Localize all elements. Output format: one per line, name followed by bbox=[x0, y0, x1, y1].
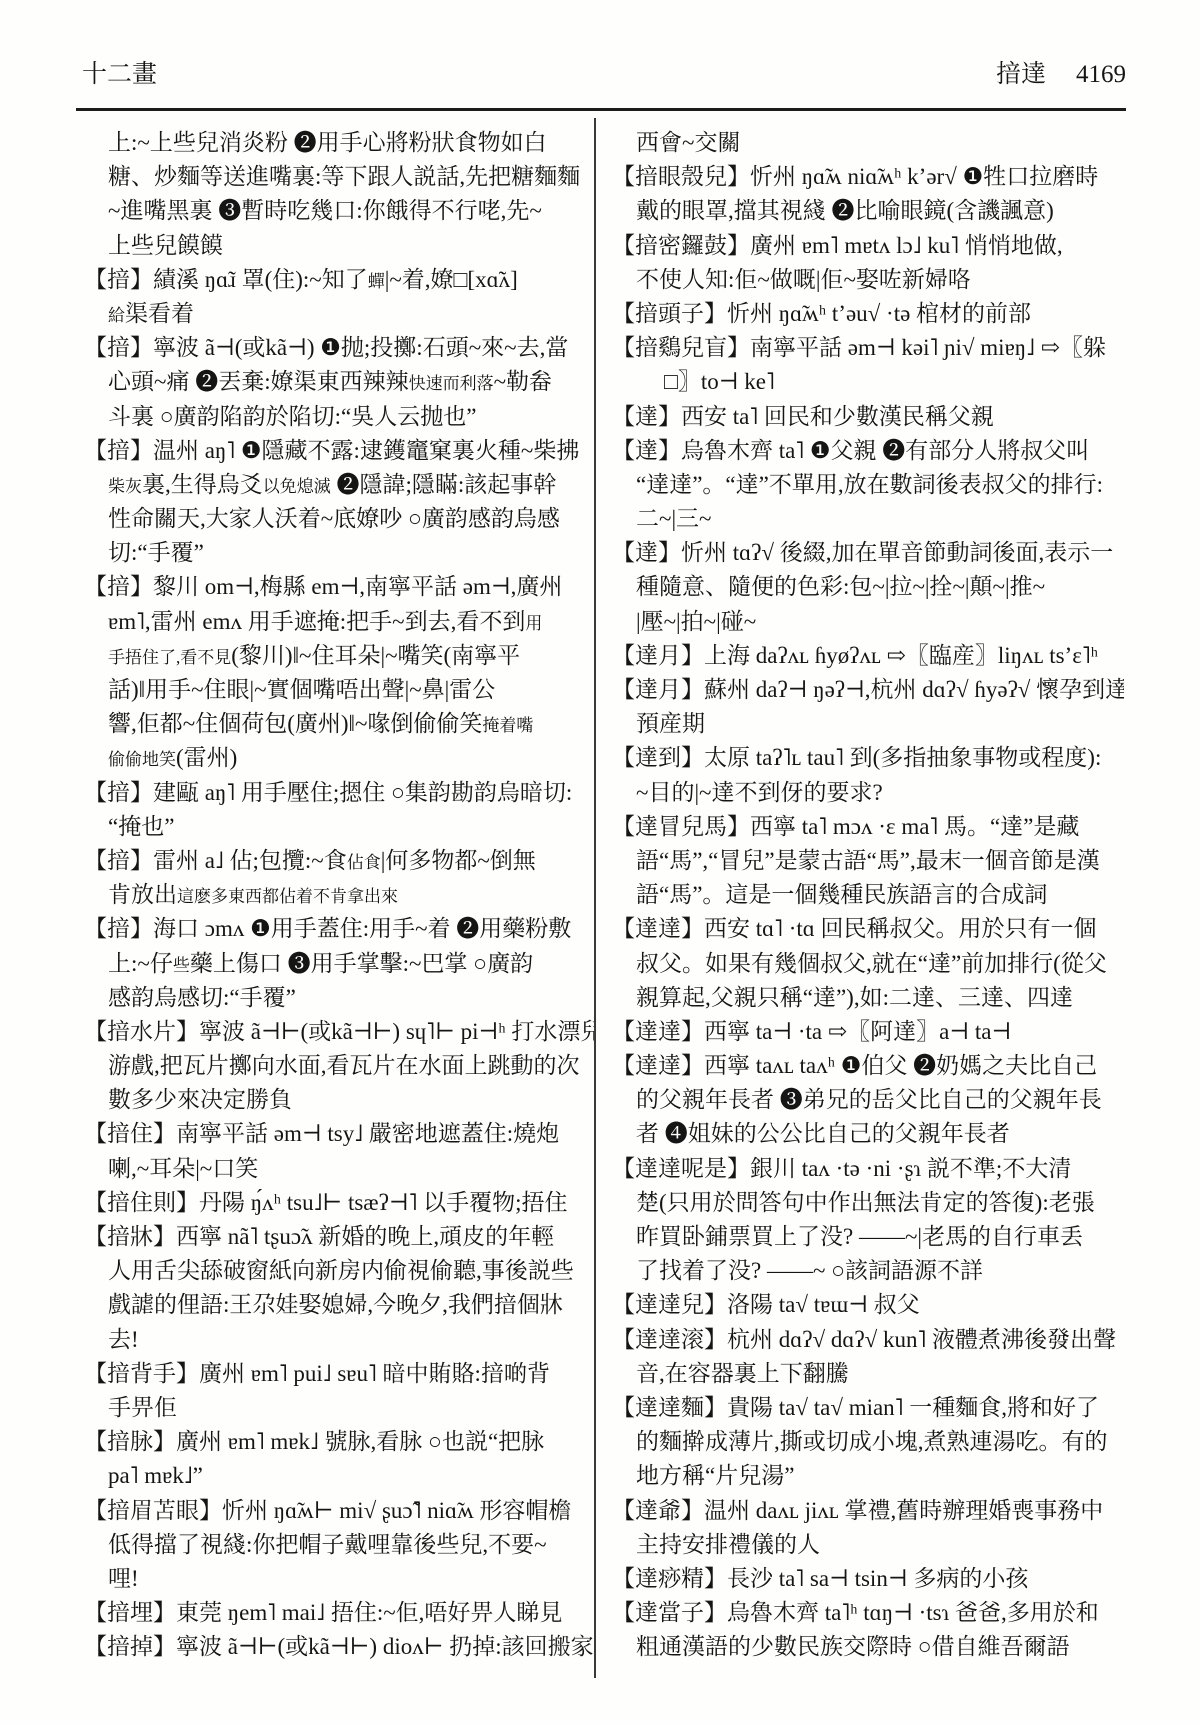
text-line: 切:“手覆” bbox=[84, 536, 596, 570]
entry-text: 的麵擀成薄片,撕或切成小塊,煮熟連湯吃。有的 bbox=[636, 1429, 1108, 1454]
entry-text: 【揞】建甌 aŋ˥ 用手壓住;摁住 ○集韵勘韵烏暗切: bbox=[84, 780, 572, 805]
gloss-small-text: 快速而利落 bbox=[409, 374, 494, 393]
left-column: 上:~上些兒消炎粉 ❷用手心將粉狀食物如白糖、炒麵等送進嘴裏:等下跟人説話,先把… bbox=[84, 126, 596, 1686]
entry-text: 【達爺】温州 daʌʟ jiʌʟ 掌禮,舊時辦理婚喪事務中 bbox=[612, 1498, 1103, 1523]
entry-text: 哩! bbox=[108, 1566, 139, 1591]
text-line: ~目的|~達不到伢的要求? bbox=[612, 776, 1124, 810]
entry-text: 【達達麵】貴陽 ta√ ta√ mian˥ 一種麵食,將和好了 bbox=[612, 1395, 1099, 1420]
entry-text: 了找着了没? ——~ ○該詞語源不詳 bbox=[636, 1258, 983, 1283]
text-line: 了找着了没? ——~ ○該詞語源不詳 bbox=[612, 1254, 1124, 1288]
right-column: 西會~交關【揞眼殼兒】忻州 ŋɑ̃ʍ niɑ̃ʍʰ kʼər√ ❶牲口拉磨時戴的… bbox=[612, 126, 1124, 1686]
entry-text: 【揞密鑼鼓】廣州 ɐm˥ mɐtʌ lɔ˩ ku˥ 悄悄地做, bbox=[612, 233, 1063, 258]
entry-text: 話)‖用手~住眼|~實個嘴唔出聲|~鼻|雷公 bbox=[108, 677, 495, 702]
text-line: pa˥ mɐk˩” bbox=[84, 1459, 596, 1493]
text-line: 不使人知:佢~做嘅|佢~娶咗新婦咯 bbox=[612, 263, 1124, 297]
entry-text: 【達】忻州 tɑʔ√ 後綴,加在單音節動詞後面,表示一 bbox=[612, 540, 1113, 565]
gloss-small-text: 些 bbox=[173, 956, 190, 975]
dictionary-page: 十二畫 揞達 4169 上:~上些兒消炎粉 ❷用手心將粉狀食物如白糖、炒麵等送進… bbox=[0, 0, 1200, 1724]
text-line: 低得擋了視綫:你把帽子戴哩靠後些兒,不要~ bbox=[84, 1528, 596, 1562]
text-line: 去! bbox=[84, 1323, 596, 1357]
text-line: 上:~上些兒消炎粉 ❷用手心將粉狀食物如白 bbox=[84, 126, 596, 160]
text-line: 【達達】西寧 taʌʟ taʌʰ ❶伯父 ❷奶媽之夫比自己 bbox=[612, 1049, 1124, 1083]
text-line: 【揞】雷州 a˩ 佔;包攬:~食佔食|何多物都~倒無 bbox=[84, 844, 596, 878]
entry-text: 親算起,父親只稱“達”),如:二達、三達、四達 bbox=[636, 985, 1073, 1010]
text-line: 喇,~耳朵|~口笑 bbox=[84, 1152, 596, 1186]
entry-text: ~進嘴黑裏 ❸暫時吃幾口:你餓得不行咾,先~ bbox=[108, 198, 542, 223]
entry-text: 斗裏 ○廣韵陷韵於陷切:“吳人云抛也” bbox=[108, 404, 476, 429]
text-line: 昨買卧鋪票買上了没? ——~|老馬的自行車丢 bbox=[612, 1220, 1124, 1254]
entry-text: 【達】烏魯木齊 ta˥ ❶父親 ❷有部分人將叔父叫 bbox=[612, 438, 1089, 463]
entry-text: 叔父。如果有幾個叔父,就在“達”前加排行(從父 bbox=[636, 951, 1107, 976]
entry-text: 低得擋了視綫:你把帽子戴哩靠後些兒,不要~ bbox=[108, 1532, 547, 1557]
entry-text: (雷州) bbox=[176, 745, 237, 770]
text-line: 【達月】蘇州 daʔ⊣ ŋəʔ⊣,杭州 dɑʔ√ ɦyəʔ√ 懷孕到達 bbox=[612, 673, 1124, 707]
entry-text: |~着,嫽□[xɑ̃ʌ] bbox=[385, 267, 518, 292]
entry-text: 【揞】雷州 a˩ 佔;包攬:~食 bbox=[84, 848, 347, 873]
text-line: 【揞】建甌 aŋ˥ 用手壓住;摁住 ○集韵勘韵烏暗切: bbox=[84, 776, 596, 810]
entry-text: 西會~交關 bbox=[636, 130, 740, 155]
entry-text: |何多物都~倒無 bbox=[381, 848, 536, 873]
text-line: 人用舌尖舔破窗紙向新房内偷視偷聽,事後説些 bbox=[84, 1254, 596, 1288]
text-line: 【達】烏魯木齊 ta˥ ❶父親 ❷有部分人將叔父叫 bbox=[612, 434, 1124, 468]
entry-text: 粗通漢語的少數民族交際時 ○借自維吾爾語 bbox=[636, 1634, 1070, 1659]
entry-text: 預産期 bbox=[636, 711, 705, 736]
text-line: “達達”。“達”不單用,放在數詞後表叔父的排行: bbox=[612, 468, 1124, 502]
column-divider bbox=[594, 118, 596, 1678]
entry-text: 【揞埋】東莞 ŋem˥ mai˩ 捂住:~佢,唔好畀人睇見 bbox=[84, 1600, 562, 1625]
text-line: 【揞掉】寧波 ã⊣⊢(或kã⊣⊢) dioʌ⊢ 扔掉:該回搬家東 bbox=[84, 1630, 596, 1664]
gloss-small-text: 掩着嘴 bbox=[482, 716, 533, 735]
entry-text: 【揞】黎川 om⊣,梅縣 em⊣,南寧平話 əm⊣,廣州 bbox=[84, 574, 562, 599]
text-line: 語“馬”,“冒兒”是蒙古語“馬”,最末一個音節是漢 bbox=[612, 844, 1124, 878]
text-line: 【揞住則】丹陽 ŋ́ʌʰ tsu˩⊢ tsæʔ⊣˥ 以手覆物;捂住 bbox=[84, 1186, 596, 1220]
entry-text: 主持安排禮儀的人 bbox=[636, 1532, 820, 1557]
gloss-small-text: 手捂住了,看不見 bbox=[108, 648, 231, 667]
entry-text: 去! bbox=[108, 1327, 139, 1352]
text-line: 【揞】績溪 ŋɑ̃ɹ 罩(住):~知了蟬|~着,嫽□[xɑ̃ʌ] bbox=[84, 263, 596, 297]
entry-text: 響,佢都~住個荷包(廣州)‖~喙倒偷偷笑 bbox=[108, 711, 482, 736]
entry-text: ~勒畚 bbox=[494, 369, 552, 394]
text-line: 手畀佢 bbox=[84, 1391, 596, 1425]
text-line: 者 ❹姐妹的公公比自己的父親年長者 bbox=[612, 1117, 1124, 1151]
entry-text: 音,在容器裏上下翻騰 bbox=[636, 1361, 849, 1386]
entry-text: 二~|三~ bbox=[636, 506, 712, 531]
text-line: 【揞】黎川 om⊣,梅縣 em⊣,南寧平話 əm⊣,廣州 bbox=[84, 570, 596, 604]
entry-text: 【揞脉】廣州 ɐm˥ mɐk˩ 號脉,看脉 ○也説“把脉 bbox=[84, 1429, 544, 1454]
entry-text: 肯放出 bbox=[108, 882, 177, 907]
text-line: 的麵擀成薄片,撕或切成小塊,煮熟連湯吃。有的 bbox=[612, 1425, 1124, 1459]
text-line: 【達冒兒馬】西寧 ta˥ mɔʌ ·ɛ ma˥ 馬。“達”是藏 bbox=[612, 810, 1124, 844]
entry-text: 【揞水片】寧波 ã⊣⊢(或kã⊣⊢) sɥ˥⊢ pi⊣ʰ 打水漂兒 bbox=[84, 1019, 596, 1044]
text-line: 【達達】西安 tɑ˥ ·tɑ 回民稱叔父。用於只有一個 bbox=[612, 912, 1124, 946]
text-line: 預産期 bbox=[612, 707, 1124, 741]
radical-stroke-heading: 十二畫 bbox=[82, 60, 157, 90]
entry-text: 【達冒兒馬】西寧 ta˥ mɔʌ ·ɛ ma˥ 馬。“達”是藏 bbox=[612, 814, 1079, 839]
text-line: 【揞脉】廣州 ɐm˥ mɐk˩ 號脉,看脉 ○也説“把脉 bbox=[84, 1425, 596, 1459]
text-line: 【達達麵】貴陽 ta√ ta√ mian˥ 一種麵食,將和好了 bbox=[612, 1391, 1124, 1425]
entry-text: ɐm˥,雷州 emʌ 用手遮掩:把手~到去,看不到 bbox=[108, 609, 525, 634]
entry-text: 【揞掉】寧波 ã⊣⊢(或kã⊣⊢) dioʌ⊢ 扔掉:該回搬家東 bbox=[84, 1634, 596, 1659]
entry-text: 渠看着 bbox=[125, 301, 194, 326]
entry-text: 上:~上些兒消炎粉 ❷用手心將粉狀食物如白 bbox=[108, 130, 547, 155]
text-line: 【達當子】烏魯木齊 ta˥ʰ tɑŋ⊣ ·tsɿ 爸爸,多用於和 bbox=[612, 1596, 1124, 1630]
text-line: □〗to⊣ ke˥ bbox=[612, 365, 1124, 399]
entry-text: 【達當子】烏魯木齊 ta˥ʰ tɑŋ⊣ ·tsɿ 爸爸,多用於和 bbox=[612, 1600, 1099, 1625]
entry-text: 數多少來决定勝負 bbox=[108, 1087, 292, 1112]
text-line: 【揞背手】廣州 ɐm˥ pui˩ sɐu˥ 暗中賄賂:揞啲背 bbox=[84, 1357, 596, 1391]
text-line: 叔父。如果有幾個叔父,就在“達”前加排行(從父 bbox=[612, 947, 1124, 981]
text-line: “掩也” bbox=[84, 810, 596, 844]
entry-text: 地方稱“片兒湯” bbox=[636, 1463, 794, 1488]
text-line: 【達】忻州 tɑʔ√ 後綴,加在單音節動詞後面,表示一 bbox=[612, 536, 1124, 570]
gloss-small-text: 以免熄滅 bbox=[263, 477, 331, 496]
text-line: 話)‖用手~住眼|~實個嘴唔出聲|~鼻|雷公 bbox=[84, 673, 596, 707]
text-line: 【達達滚】杭州 dɑʔ√ dɑʔ√ kun˥ 液體煮沸後發出聲 bbox=[612, 1323, 1124, 1357]
entry-text: pa˥ mɐk˩” bbox=[108, 1463, 203, 1488]
text-line: 【揞住】南寧平話 əm⊣ tsy˩ 嚴密地遮蓋住:燒炮 bbox=[84, 1117, 596, 1151]
entry-text: 【揞頭子】忻州 ŋɑ̃ʍʰ tʼəu√ ·tə 棺材的前部 bbox=[612, 301, 1031, 326]
text-line: 給渠看着 bbox=[84, 297, 596, 331]
entry-text: □〗to⊣ ke˥ bbox=[664, 369, 775, 394]
entry-text: 戲謔的俚語:王尕娃娶媳婦,今晚夕,我們揞個牀 bbox=[108, 1292, 563, 1317]
text-line: 【達痧精】長沙 ta˥ sa⊣ tsin⊣ 多病的小孩 bbox=[612, 1562, 1124, 1596]
text-line: 粗通漢語的少數民族交際時 ○借自維吾爾語 bbox=[612, 1630, 1124, 1664]
gloss-small-text: 用 bbox=[525, 614, 542, 633]
entry-text: 【揞】温州 aŋ˥ ❶隱藏不露:逮鑊竈窠裏火種~柴拂 bbox=[84, 438, 579, 463]
entry-text: 【達達】西安 tɑ˥ ·tɑ 回民稱叔父。用於只有一個 bbox=[612, 916, 1097, 941]
text-line: 【達月】上海 daʔʌʟ ɦyøʔʌʟ ⇨〖臨産〗liŋʌʟ tsʼɛ˥ʰ bbox=[612, 639, 1124, 673]
entry-text: 【達達兒】洛陽 ta√ tɐɯ⊣ 叔父 bbox=[612, 1292, 920, 1317]
entry-text: 【達達滚】杭州 dɑʔ√ dɑʔ√ kun˥ 液體煮沸後發出聲 bbox=[612, 1327, 1116, 1352]
entry-text: 【達達】西寧 taʌʟ taʌʰ ❶伯父 ❷奶媽之夫比自己 bbox=[612, 1053, 1097, 1078]
text-line: ~進嘴黑裏 ❸暫時吃幾口:你餓得不行咾,先~ bbox=[84, 194, 596, 228]
entry-text: 上:~仔 bbox=[108, 951, 173, 976]
text-line: 【揞水片】寧波 ã⊣⊢(或kã⊣⊢) sɥ˥⊢ pi⊣ʰ 打水漂兒 bbox=[84, 1015, 596, 1049]
text-line: ɐm˥,雷州 emʌ 用手遮掩:把手~到去,看不到用 bbox=[84, 605, 596, 639]
text-line: 【達】西安 ta˥ 回民和少數漢民稱父親 bbox=[612, 400, 1124, 434]
entry-text: 的父親年長者 ❸弟兄的岳父比自己的父親年長 bbox=[636, 1087, 1102, 1112]
text-line: 【揞頭子】忻州 ŋɑ̃ʍʰ tʼəu√ ·tə 棺材的前部 bbox=[612, 297, 1124, 331]
entry-text: 感韵烏感切:“手覆” bbox=[108, 985, 296, 1010]
entry-text: 種隨意、隨便的色彩:包~|拉~|拴~|顛~|推~ bbox=[636, 574, 1045, 599]
gloss-small-text: 偷偷地笑 bbox=[108, 750, 176, 769]
header-rule bbox=[76, 108, 1126, 111]
entry-text: 【揞住】南寧平話 əm⊣ tsy˩ 嚴密地遮蓋住:燒炮 bbox=[84, 1121, 559, 1146]
text-line: 二~|三~ bbox=[612, 502, 1124, 536]
page-header: 十二畫 揞達 4169 bbox=[82, 60, 1126, 90]
text-line: 游戲,把瓦片擲向水面,看瓦片在水面上跳動的次 bbox=[84, 1049, 596, 1083]
entry-text: 性命關天,大家人沃着~底嫽吵 ○廣韵感韵烏感 bbox=[108, 506, 560, 531]
entry-text: |壓~|拍~|碰~ bbox=[636, 609, 756, 634]
text-line: 【揞鷄兒盲】南寧平話 əm⊣ kəi˥ ɲi√ miɐŋ˩ ⇨〖躲 bbox=[612, 331, 1124, 365]
entry-text: 不使人知:佢~做嘅|佢~娶咗新婦咯 bbox=[636, 267, 971, 292]
entry-text: 【達到】太原 taʔ˥ʟ tau˥ 到(多指抽象事物或程度): bbox=[612, 745, 1101, 770]
entry-text: 糖、炒麵等送進嘴裏:等下跟人説話,先把糖麵麵 bbox=[108, 164, 580, 189]
text-line: 肯放出這麽多東西都佔着不肯拿出來 bbox=[84, 878, 596, 912]
text-line: 性命關天,大家人沃着~底嫽吵 ○廣韵感韵烏感 bbox=[84, 502, 596, 536]
text-line: 糖、炒麵等送進嘴裏:等下跟人説話,先把糖麵麵 bbox=[84, 160, 596, 194]
text-line: 【揞埋】東莞 ŋem˥ mai˩ 捂住:~佢,唔好畀人睇見 bbox=[84, 1596, 596, 1630]
gloss-small-text: 蟬 bbox=[368, 272, 385, 291]
gloss-small-text: 佔食 bbox=[347, 853, 381, 872]
text-line: 主持安排禮儀的人 bbox=[612, 1528, 1124, 1562]
text-line: 【揞牀】西寧 nã˥ tʂuɔ̃ʌ 新婚的晚上,頑皮的年輕 bbox=[84, 1220, 596, 1254]
text-line: 【達到】太原 taʔ˥ʟ tau˥ 到(多指抽象事物或程度): bbox=[612, 741, 1124, 775]
entry-text: 語“馬”。這是一個幾種民族語言的合成詞 bbox=[636, 882, 1047, 907]
text-line: 斗裏 ○廣韵陷韵於陷切:“吳人云抛也” bbox=[84, 400, 596, 434]
guide-words: 揞達 bbox=[996, 60, 1046, 90]
entry-text: 【揞眉苫眼】忻州 ŋɑ̃ʍ⊢ mi√ ʂuɔ̃˥ niɑ̃ʍ 形容帽檐 bbox=[84, 1498, 571, 1523]
text-line: 【揞】温州 aŋ˥ ❶隱藏不露:逮鑊竈窠裏火種~柴拂 bbox=[84, 434, 596, 468]
entry-text: 者 ❹姐妹的公公比自己的父親年長者 bbox=[636, 1121, 1010, 1146]
text-line: 【揞密鑼鼓】廣州 ɐm˥ mɐtʌ lɔ˩ ku˥ 悄悄地做, bbox=[612, 229, 1124, 263]
entry-text: “達達”。“達”不單用,放在數詞後表叔父的排行: bbox=[636, 472, 1103, 497]
entry-text: 【揞住則】丹陽 ŋ́ʌʰ tsu˩⊢ tsæʔ⊣˥ 以手覆物;捂住 bbox=[84, 1190, 568, 1215]
entry-text: ~目的|~達不到伢的要求? bbox=[636, 780, 883, 805]
header-right: 揞達 4169 bbox=[996, 60, 1126, 90]
entry-text: “掩也” bbox=[108, 814, 174, 839]
text-line: 心頭~痛 ❷丟棄:嫽渠東西辣辣快速而利落~勒畚 bbox=[84, 365, 596, 399]
text-line: 【達達】西寧 ta⊣ ·ta ⇨〖阿達〗a⊣ ta⊣ bbox=[612, 1015, 1124, 1049]
text-line: 種隨意、隨便的色彩:包~|拉~|拴~|顛~|推~ bbox=[612, 570, 1124, 604]
entry-text: 楚(只用於問答句中作出無法肯定的答復):老張 bbox=[636, 1190, 1095, 1215]
text-line: 語“馬”。這是一個幾種民族語言的合成詞 bbox=[612, 878, 1124, 912]
text-line: 【揞】寧波 ã⊣(或kã⊣) ❶抛;投擲:石頭~來~去,當 bbox=[84, 331, 596, 365]
entry-text: 人用舌尖舔破窗紙向新房内偷視偷聽,事後説些 bbox=[108, 1258, 574, 1283]
text-line: 楚(只用於問答句中作出無法肯定的答復):老張 bbox=[612, 1186, 1124, 1220]
entry-text: (黎川)‖~住耳朵|~嘴笑(南寧平 bbox=[231, 643, 520, 668]
text-line: 【達達呢是】銀川 taʌ ·tə ·ni ·ʂɿ 説不準;不大清 bbox=[612, 1152, 1124, 1186]
entry-text: 戴的眼罩,擋其視綫 ❷比喻眼鏡(含譏諷意) bbox=[636, 198, 1054, 223]
entry-text: 【揞鷄兒盲】南寧平話 əm⊣ kəi˥ ɲi√ miɐŋ˩ ⇨〖躲 bbox=[612, 335, 1106, 360]
entry-text: 【達月】上海 daʔʌʟ ɦyøʔʌʟ ⇨〖臨産〗liŋʌʟ tsʼɛ˥ʰ bbox=[612, 643, 1098, 668]
entry-text: 切:“手覆” bbox=[108, 540, 204, 565]
text-line: 上:~仔些藥上傷口 ❸用手掌擊:~巴掌 ○廣韵 bbox=[84, 947, 596, 981]
text-line: 感韵烏感切:“手覆” bbox=[84, 981, 596, 1015]
gloss-small-text: 柴灰 bbox=[108, 477, 142, 496]
text-line: 親算起,父親只稱“達”),如:二達、三達、四達 bbox=[612, 981, 1124, 1015]
entry-text: 手畀佢 bbox=[108, 1395, 177, 1420]
entry-text: 【達達呢是】銀川 taʌ ·tə ·ni ·ʂɿ 説不準;不大清 bbox=[612, 1156, 1071, 1181]
text-line: 【揞眉苫眼】忻州 ŋɑ̃ʍ⊢ mi√ ʂuɔ̃˥ niɑ̃ʍ 形容帽檐 bbox=[84, 1494, 596, 1528]
text-line: 數多少來决定勝負 bbox=[84, 1083, 596, 1117]
text-line: 【達達兒】洛陽 ta√ tɐɯ⊣ 叔父 bbox=[612, 1288, 1124, 1322]
text-line: 偷偷地笑(雷州) bbox=[84, 741, 596, 775]
text-line: 的父親年長者 ❸弟兄的岳父比自己的父親年長 bbox=[612, 1083, 1124, 1117]
entry-text: 【揞】海口 ɔmʌ ❶用手蓋住:用手~着 ❷用藥粉敷 bbox=[84, 916, 571, 941]
text-line: 戲謔的俚語:王尕娃娶媳婦,今晚夕,我們揞個牀 bbox=[84, 1288, 596, 1322]
entry-text: 藥上傷口 ❸用手掌擊:~巴掌 ○廣韵 bbox=[190, 951, 533, 976]
entry-text: 【達月】蘇州 daʔ⊣ ŋəʔ⊣,杭州 dɑʔ√ ɦyəʔ√ 懷孕到達 bbox=[612, 677, 1124, 702]
page-number: 4169 bbox=[1076, 60, 1126, 90]
text-line: 哩! bbox=[84, 1562, 596, 1596]
entry-text: 【達】西安 ta˥ 回民和少數漢民稱父親 bbox=[612, 404, 994, 429]
text-line: 【揞眼殼兒】忻州 ŋɑ̃ʍ niɑ̃ʍʰ kʼər√ ❶牲口拉磨時 bbox=[612, 160, 1124, 194]
entry-text: 【揞牀】西寧 nã˥ tʂuɔ̃ʌ 新婚的晚上,頑皮的年輕 bbox=[84, 1224, 554, 1249]
text-line: 西會~交關 bbox=[612, 126, 1124, 160]
entry-text: 昨買卧鋪票買上了没? ——~|老馬的自行車丢 bbox=[636, 1224, 1083, 1249]
entry-text: 【揞眼殼兒】忻州 ŋɑ̃ʍ niɑ̃ʍʰ kʼər√ ❶牲口拉磨時 bbox=[612, 164, 1098, 189]
text-line: 地方稱“片兒湯” bbox=[612, 1459, 1124, 1493]
entry-text: 游戲,把瓦片擲向水面,看瓦片在水面上跳動的次 bbox=[108, 1053, 580, 1078]
gloss-small-text: 這麽多東西都佔着不肯拿出來 bbox=[177, 887, 398, 906]
gloss-small-text: 給 bbox=[108, 306, 125, 325]
text-line: 戴的眼罩,擋其視綫 ❷比喻眼鏡(含譏諷意) bbox=[612, 194, 1124, 228]
text-line: 手捂住了,看不見(黎川)‖~住耳朵|~嘴笑(南寧平 bbox=[84, 639, 596, 673]
entry-text: 心頭~痛 ❷丟棄:嫽渠東西辣辣 bbox=[108, 369, 409, 394]
text-line: 上些兒饃饃 bbox=[84, 229, 596, 263]
text-line: 響,佢都~住個荷包(廣州)‖~喙倒偷偷笑掩着嘴 bbox=[84, 707, 596, 741]
text-line: 音,在容器裏上下翻騰 bbox=[612, 1357, 1124, 1391]
entry-text: 語“馬”,“冒兒”是蒙古語“馬”,最末一個音節是漢 bbox=[636, 848, 1100, 873]
entry-text: 【揞】績溪 ŋɑ̃ɹ 罩(住):~知了 bbox=[84, 267, 368, 292]
entry-text: 上些兒饃饃 bbox=[108, 233, 223, 258]
entry-text: ❷隱諱;隱瞞:該起事幹 bbox=[331, 472, 557, 497]
text-line: |壓~|拍~|碰~ bbox=[612, 605, 1124, 639]
entry-text: 【揞背手】廣州 ɐm˥ pui˩ sɐu˥ 暗中賄賂:揞啲背 bbox=[84, 1361, 550, 1386]
text-line: 【揞】海口 ɔmʌ ❶用手蓋住:用手~着 ❷用藥粉敷 bbox=[84, 912, 596, 946]
entry-text: 【揞】寧波 ã⊣(或kã⊣) ❶抛;投擲:石頭~來~去,當 bbox=[84, 335, 568, 360]
entry-text: 喇,~耳朵|~口笑 bbox=[108, 1156, 258, 1181]
text-line: 【達爺】温州 daʌʟ jiʌʟ 掌禮,舊時辦理婚喪事務中 bbox=[612, 1494, 1124, 1528]
entry-text: 【達達】西寧 ta⊣ ·ta ⇨〖阿達〗a⊣ ta⊣ bbox=[612, 1019, 1011, 1044]
entry-text: 裏,生得烏爻 bbox=[142, 472, 263, 497]
entry-text: 【達痧精】長沙 ta˥ sa⊣ tsin⊣ 多病的小孩 bbox=[612, 1566, 1028, 1591]
text-line: 柴灰裏,生得烏爻以免熄滅 ❷隱諱;隱瞞:該起事幹 bbox=[84, 468, 596, 502]
